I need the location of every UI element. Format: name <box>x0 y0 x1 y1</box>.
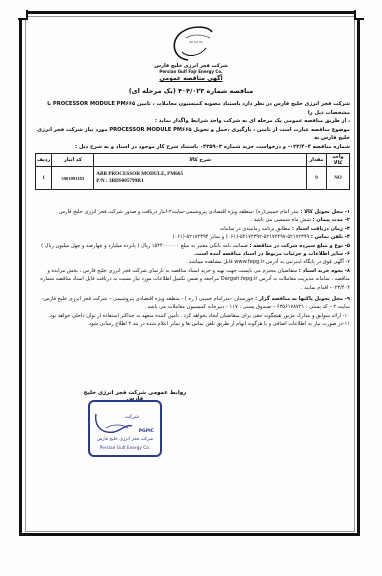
condition-10: ۱۰- ارائه سوابق و مدارک مزبور هیچگونه حق… <box>34 312 350 320</box>
condition-6: ۶- سایر اطلاعات و جزئیات مربوط در اسناد … <box>34 250 350 258</box>
condition-label: ۳- زمان دریافت اسناد : <box>292 226 350 232</box>
condition-label: ۸- نحوه خرید اسناد : <box>299 268 350 274</box>
condition-4: ۴- تلفن تماس : ۵۲۱۷۲۳۹۹-۵۲۱۷۲۴۹۷-۵۲۱۷۲۳۹… <box>34 233 350 241</box>
header-code: کد انبار <box>52 154 94 167</box>
table-header-row: واحد کالا مقدار شرح کالا کد انبار ردیف <box>36 154 350 167</box>
condition-text: ۱۱-در صورت نیاز به اطلاعات اضافی و یا هر… <box>87 321 350 327</box>
condition-label: ۵- نوع و مبلغ سپرده شرکت در مناقصه : <box>249 243 350 249</box>
condition-5: ۵- نوع و مبلغ سپرده شرکت در مناقصه : ضما… <box>34 242 350 250</box>
header-row: ردیف <box>36 154 52 167</box>
condition-text: بندر امام خمینی(ره) -منطقه ویژه اقتصادی … <box>59 209 301 215</box>
cell-row: 1 <box>36 167 52 190</box>
description-line: ABB PROCESSOR MODULE, PM665 <box>96 171 305 178</box>
intro-line: ، از طریق مناقصه عمومی یک مرحله ای به شر… <box>34 117 350 126</box>
condition-1: ۱- محل تحویل کالا : بندر امام خمینی(ره) … <box>34 208 350 216</box>
condition-7: ۷- آگهی فوق در پایگاه اینترنتی به آدرس w… <box>34 258 350 266</box>
condition-label: ۱- محل تحویل کالا : <box>300 209 350 215</box>
condition-text: ۱۰- ارائه سوابق و مدارک مزبور هیچگونه حق… <box>48 313 350 319</box>
company-logo-icon: ~~~ <box>166 22 218 64</box>
border-corner-ornament <box>18 10 28 20</box>
part-number: P/N : 3BDS005799R1 <box>96 178 305 185</box>
intro-line: موضوع مناقصه عبارت است از تامین ، بارگیر… <box>34 126 350 143</box>
header-quantity: مقدار <box>307 154 327 167</box>
border-corner-ornament <box>354 10 364 20</box>
condition-text: ۷- آگهی فوق در پایگاه اینترنتی به آدرس w… <box>186 259 350 265</box>
condition-text: مطابق برنامه زمانبندی در سامانه <box>220 226 292 232</box>
stamp-abbr: PGPIC <box>139 429 154 434</box>
intro-paragraph: شرکت فجر انرژی خلیج فارس در نظر دارد باس… <box>34 100 350 152</box>
condition-8: ۸- نحوه خرید اسناد : متقاضیان محترم می ب… <box>34 267 350 292</box>
cell-unit: NO <box>327 167 350 190</box>
table-row: NO 9 ABB PROCESSOR MODULE, PM665 P/N : 3… <box>36 167 350 190</box>
cell-code: 5901091183 <box>52 167 94 190</box>
condition-label: ۹- محل تحویل پاکتها به مناقصه گزار : <box>255 296 350 302</box>
company-stamp: ﺷﺮﮐﺖ PGPIC شرکت فجر انرژی خلیج فارس Pers… <box>88 400 162 457</box>
condition-text: ضمانت نامه بانکی معتبر به مبلغ ۱۵۴۴۰۰۰۰۰… <box>41 243 249 249</box>
ad-title: آگهی مناقصه عمومی <box>140 75 242 82</box>
intro-line: شماره مناقصه ۰۲۳/۴۰۴- و درخواست خرید شما… <box>34 143 350 152</box>
intro-line: شرکت فجر انرژی خلیج فارس در نظر دارد باس… <box>34 100 350 117</box>
header-description: شرح کالا <box>94 154 307 167</box>
conditions-list: ۱- محل تحویل کالا : بندر امام خمینی(ره) … <box>34 208 350 329</box>
company-name-en: Persian Gulf Fajr Energy Co. <box>140 69 242 74</box>
stamp-company-en: Persian Gulf Energy Co. <box>90 446 160 451</box>
condition-label: ۶- سایر اطلاعات و جزئیات مربوط در اسناد … <box>194 251 350 257</box>
condition-label: ۴- تلفن تماس : <box>311 234 350 240</box>
svg-text:~~~: ~~~ <box>188 39 203 46</box>
tender-title: مناقصه شماره ۴۰۴/۰۲۳ (یک مرحله ای) <box>100 87 282 95</box>
svg-text:ﺷﺮﮐﺖ: ﺷﺮﮐﺖ <box>125 414 139 420</box>
condition-3: ۳- زمان دریافت اسناد : مطابق برنامه زمان… <box>34 225 350 233</box>
cell-quantity: 9 <box>307 167 327 190</box>
stamp-company-fa: شرکت فجر انرژی خلیج فارس <box>90 437 160 442</box>
condition-text: ۵۲۱۷۲۳۹۹-۵۲۱۷۲۴۹۷-۵۲۱۷۲۳۹۲-(۰۶۱) و نمابر… <box>172 234 310 240</box>
condition-11: ۱۱-در صورت نیاز به اطلاعات اضافی و یا هر… <box>34 320 350 328</box>
condition-text: شش ماه شمسی می باشد . <box>251 217 313 223</box>
items-table: واحد کالا مقدار شرح کالا کد انبار ردیف N… <box>35 153 350 190</box>
condition-9: ۹- محل تحویل پاکتها به مناقصه گزار : خوز… <box>34 295 350 312</box>
condition-2: ۲- مدت پیمان : شش ماه شمسی می باشد . <box>34 216 350 224</box>
header-unit: واحد کالا <box>327 154 350 167</box>
cell-description: ABB PROCESSOR MODULE, PM665 P/N : 3BDS00… <box>94 167 307 190</box>
condition-label: ۲- مدت پیمان : <box>313 217 350 223</box>
